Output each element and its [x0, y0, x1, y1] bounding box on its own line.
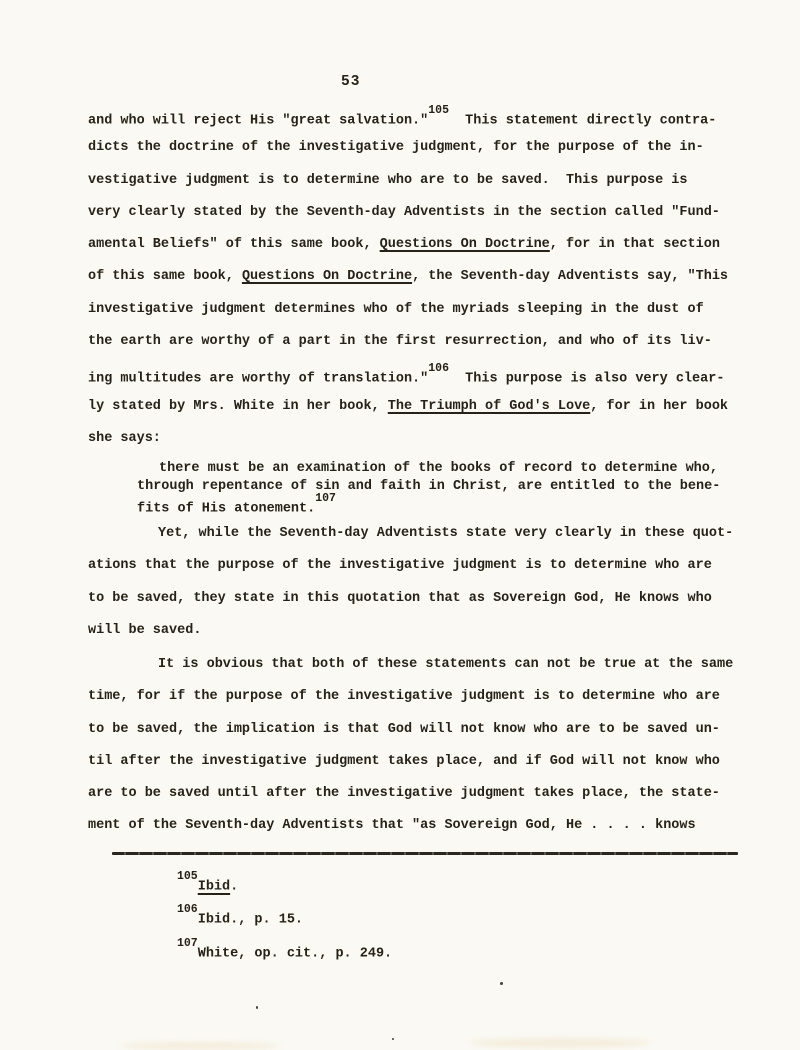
body-text: This statement directly contra-	[449, 114, 716, 129]
block-quote: there must be an examination of the book…	[137, 460, 757, 513]
body-line: ment of the Seventh-day Adventists that …	[88, 810, 768, 842]
footnote-ref-106: 106	[428, 362, 449, 375]
body-line: amental Beliefs" of this same book, Ques…	[88, 229, 768, 261]
footnote-ibid-underlined: Ibid	[198, 880, 230, 895]
body-line: vestigative judgment is to determine who…	[88, 165, 768, 197]
footnote-106: 106Ibid., p. 15.	[177, 898, 392, 931]
body-line: ly stated by Mrs. White in her book, The…	[88, 391, 768, 423]
body-line: and who will reject His "great salvation…	[88, 100, 768, 132]
body-line: very clearly stated by the Seventh-day A…	[88, 197, 768, 229]
document-page: 53 and who will reject His "great salvat…	[0, 0, 800, 1050]
book-title-underlined: Questions On Doctrine	[242, 269, 412, 284]
body-line: time, for if the purpose of the investig…	[88, 681, 768, 713]
scan-speckle	[500, 982, 503, 985]
paragraph-2: Yet, while the Seventh-day Adventists st…	[88, 518, 768, 647]
scan-speckle	[256, 1006, 258, 1009]
body-line: ations that the purpose of the investiga…	[88, 550, 768, 582]
footnote-text: White, op. cit., p. 249.	[198, 946, 392, 961]
body-line: dicts the doctrine of the investigative …	[88, 132, 768, 164]
paragraph-3: It is obvious that both of these stateme…	[88, 649, 768, 843]
body-text: of this same book,	[88, 269, 242, 284]
footnotes: 105Ibid. 106Ibid., p. 15. 107White, op. …	[177, 865, 392, 965]
book-title-underlined: The Triumph of God's Love	[388, 399, 591, 414]
body-line: she says:	[88, 423, 768, 455]
scan-smudge	[120, 1042, 280, 1050]
body-line: til after the investigative judgment tak…	[88, 746, 768, 778]
body-text: and who will reject His "great salvation…	[88, 114, 428, 129]
footnote-105: 105Ibid.	[177, 865, 392, 898]
quote-line: there must be an examination of the book…	[137, 460, 757, 478]
body-text: , the Seventh-day Adventists say, "This	[412, 269, 728, 284]
footnote-number: 105	[177, 870, 198, 883]
body-text: , for in her book	[590, 399, 728, 414]
body-text: ly stated by Mrs. White in her book,	[88, 399, 388, 414]
body-line: the earth are worthy of a part in the fi…	[88, 326, 768, 358]
body-text: amental Beliefs" of this same book,	[88, 237, 380, 252]
body-line: to be saved, they state in this quotatio…	[88, 583, 768, 615]
body-line: of this same book, Questions On Doctrine…	[88, 261, 768, 293]
body-line: to be saved, the implication is that God…	[88, 714, 768, 746]
scan-smudge	[470, 1038, 650, 1048]
footnote-107: 107White, op. cit., p. 249.	[177, 932, 392, 965]
footnote-rule	[112, 852, 738, 855]
page-number: 53	[341, 74, 360, 90]
footnote-ref-107: 107	[315, 492, 336, 505]
body-line: ing multitudes are worthy of translation…	[88, 358, 768, 390]
scan-speckle	[392, 1038, 394, 1040]
paragraph-1: and who will reject His "great salvation…	[88, 100, 768, 455]
footnote-ref-105: 105	[428, 104, 449, 117]
book-title-underlined: Questions On Doctrine	[380, 237, 550, 252]
footnote-text: Ibid., p. 15.	[198, 913, 303, 928]
footnote-number: 106	[177, 903, 198, 916]
body-line: Yet, while the Seventh-day Adventists st…	[88, 518, 768, 550]
footnote-number: 107	[177, 937, 198, 950]
quote-line: through repentance of sin and faith in C…	[137, 478, 757, 496]
footnote-text: .	[230, 880, 238, 895]
body-text: This purpose is also very clear-	[449, 372, 724, 387]
body-text: ing multitudes are worthy of translation…	[88, 372, 428, 387]
body-text: , for in that section	[550, 237, 720, 252]
body-line: are to be saved until after the investig…	[88, 778, 768, 810]
quote-line: fits of His atonement.107	[137, 495, 757, 513]
body-line: It is obvious that both of these stateme…	[88, 649, 768, 681]
body-line: will be saved.	[88, 615, 768, 647]
quote-text: fits of His atonement.	[137, 502, 315, 517]
body-line: investigative judgment determines who of…	[88, 294, 768, 326]
